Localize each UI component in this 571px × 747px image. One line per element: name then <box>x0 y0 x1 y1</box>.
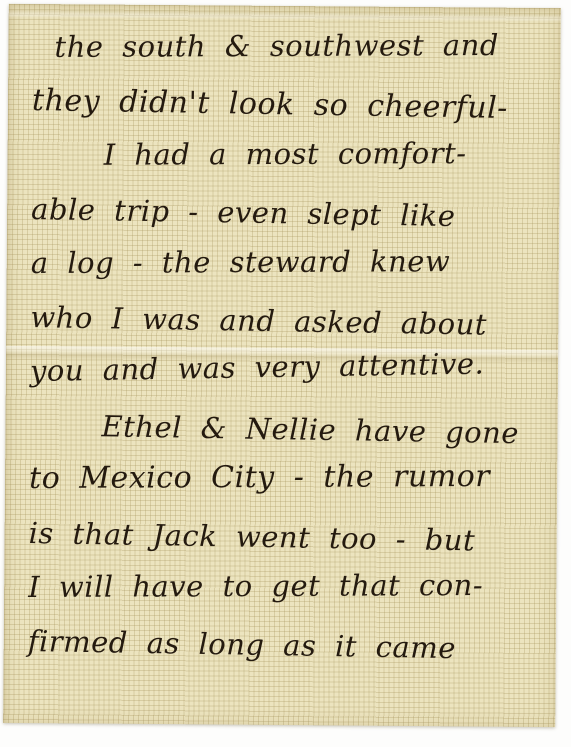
letter-line: I had a most comfort- <box>32 126 552 182</box>
scanned-letter-background: the south & southwest and they didn't lo… <box>0 0 571 747</box>
letter-paper: the south & southwest and they didn't lo… <box>3 4 561 727</box>
handwritten-text-block: the south & southwest and they didn't lo… <box>27 20 552 717</box>
letter-line: a log - the steward knew <box>31 234 551 290</box>
letter-line: firmed as long as it came <box>27 614 548 677</box>
letter-line: you and was very attentive. <box>30 335 551 398</box>
letter-line: the south & southwest and <box>32 18 552 74</box>
letter-line: I will have to get that con- <box>28 558 548 614</box>
letter-line: to Mexico City - the rumor <box>29 450 549 506</box>
